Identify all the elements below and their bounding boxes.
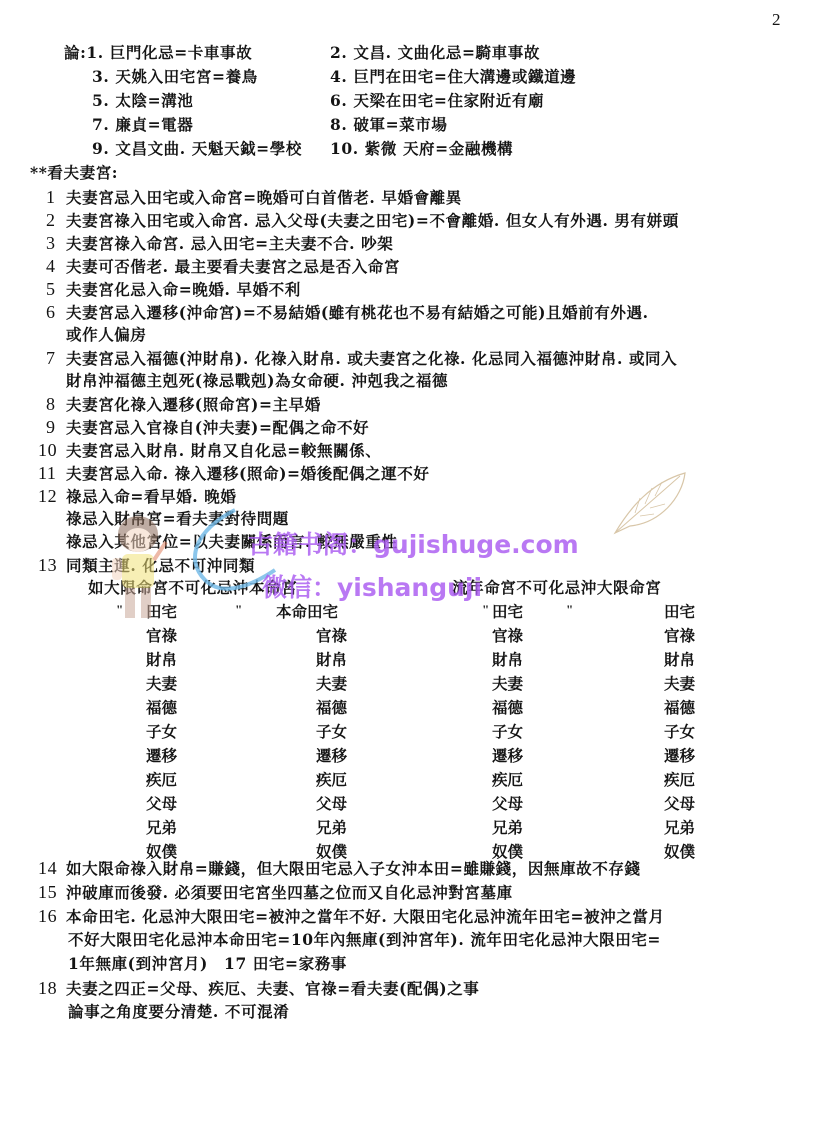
table-cell: 父母	[146, 794, 177, 814]
watermark-leaf-icon	[610, 468, 690, 538]
rule-16: 16本命田宅. 化忌沖大限田宅=被沖之當年不好. 大限田宅化忌沖流年田宅=被沖之…	[38, 906, 665, 927]
table-cell: 官祿	[492, 626, 523, 646]
table-cell: 遷移	[664, 746, 695, 766]
table-cell: 福德	[146, 698, 177, 718]
rule-15: 15沖破庫而後發. 必須要田宅宮坐四墓之位而又自化忌沖對宮墓庫	[38, 882, 513, 903]
table-cell: 財帛	[316, 650, 347, 670]
rule-text: 夫妻宮化祿入遷移(照命宮)=主早婚	[66, 395, 321, 414]
rule-1: 1夫妻宮忌入田宅或入命宮=晚婚可白首偕老. 早婚會離異	[46, 187, 462, 208]
table-cell: 官祿	[664, 626, 695, 646]
rule-text: 夫妻宮化忌入命=晚婚. 早婚不利	[66, 280, 301, 299]
table-cell: 遷移	[492, 746, 523, 766]
table-cell: 疾厄	[492, 770, 523, 790]
rule-number: 5	[46, 279, 66, 299]
rule-6: 6夫妻宮忌入遷移(沖命宮)=不易結婚(雖有桃花也不易有結婚之可能)且婚前有外遇.	[46, 302, 649, 323]
rule-number: 10	[38, 440, 66, 460]
rule-number: 6	[46, 302, 66, 322]
table-cell: 夫妻	[316, 674, 347, 694]
lun-row-1-right: 2. 文昌. 文曲化忌=騎車事故	[330, 43, 540, 63]
table-cell: 子女	[316, 722, 347, 742]
table-cell: 兄弟	[492, 818, 523, 838]
lun-prefix: 論:	[64, 43, 86, 62]
watermark-wechat-text: 微信：yishanguji	[262, 568, 482, 604]
watermark-girl-icon	[98, 512, 178, 622]
table-cell: 兄弟	[664, 818, 695, 838]
lun-item: 1. 巨門化忌=卡車事故	[86, 43, 252, 62]
rule-number: 9	[46, 417, 66, 437]
rule-number: 12	[38, 486, 66, 506]
rule-10: 10夫妻宮忌入財帛. 財帛又自化忌=較無關係、	[38, 440, 381, 461]
rule-4: 4夫妻可否偕老. 最主要看夫妻宮之忌是否入命宮	[46, 256, 400, 277]
table-cell: 福德	[316, 698, 347, 718]
rule-text: 夫妻宮忌入福德(沖財帛). 化祿入財帛. 或夫妻宮之化祿. 化忌同入福德沖財帛.…	[66, 349, 677, 368]
rule-16-cont-2: 1年無庫(到沖宮月) 17 田宅=家務事	[68, 954, 347, 974]
table-cell: 兄弟	[146, 818, 177, 838]
table-cell: 田宅	[492, 602, 523, 622]
rule-number: 3	[46, 233, 66, 253]
table-cell: 官祿	[146, 626, 177, 646]
table-cell: 子女	[146, 722, 177, 742]
table-cell: 福德	[664, 698, 695, 718]
lun-row-5-right: 10. 紫微 天府=金融機構	[330, 139, 513, 159]
watermark-site-text: 古籍书阁：gujishuge.com	[248, 525, 579, 561]
table-cell: 福德	[492, 698, 523, 718]
table-cell: 財帛	[146, 650, 177, 670]
page-number: 2	[772, 10, 781, 30]
table-cell: 兄弟	[316, 818, 347, 838]
rule-number: 13	[38, 555, 66, 575]
rule-number: 14	[38, 858, 66, 878]
table-cell: 財帛	[664, 650, 695, 670]
rule-text: 沖破庫而後發. 必須要田宅宮坐四墓之位而又自化忌沖對宮墓庫	[66, 883, 513, 902]
table-cell: 夫妻	[146, 674, 177, 694]
rule-text: 夫妻宮忌入命. 祿入遷移(照命)=婚後配偶之運不好	[66, 464, 429, 483]
rule-number: 8	[46, 394, 66, 414]
rule-2: 2夫妻宮祿入田宅或入命宮. 忌入父母(夫妻之田宅)=不會離婚. 但女人有外遇. …	[46, 210, 679, 231]
ditto-mark: "	[566, 602, 573, 618]
rule-text: 夫妻宮忌入遷移(沖命宮)=不易結婚(雖有桃花也不易有結婚之可能)且婚前有外遇.	[66, 303, 649, 322]
rule-number: 16	[38, 906, 66, 926]
rule-18-cont: 論事之角度要分清楚. 不可混淆	[68, 1002, 289, 1022]
rule-9: 9夫妻宮忌入官祿自(沖夫妻)=配偶之命不好	[46, 417, 369, 438]
rule-text: 夫妻之四正=父母、疾厄、夫妻、官祿=看夫妻(配偶)之事	[66, 979, 479, 998]
rule-text: 夫妻宮忌入田宅或入命宮=晚婚可白首偕老. 早婚會離異	[66, 188, 462, 207]
table-cell: 子女	[664, 722, 695, 742]
ditto-mark: "	[482, 602, 489, 618]
rule-16-cont-1: 不好大限田宅化忌沖本命田宅=10年內無庫(到沖宮年). 流年田宅化忌沖大限田宅=	[68, 930, 661, 950]
rule-14: 14如大限命祿入財帛=賺錢，但大限田宅忌入子女沖本田=雖賺錢，因無庫故不存錢	[38, 858, 641, 879]
lun-row-5-left: 9. 文昌文曲. 天魁天鉞=學校	[92, 139, 302, 159]
rule-5: 5夫妻宮化忌入命=晚婚. 早婚不利	[46, 279, 301, 300]
table-cell: 田宅	[664, 602, 695, 622]
lun-row-3-left: 5. 太陰=溝池	[92, 91, 193, 111]
table-cell: 財帛	[492, 650, 523, 670]
lun-row-1-left: 論:1. 巨門化忌=卡車事故	[64, 43, 252, 63]
rule-number: 18	[38, 978, 66, 998]
table-cell: 父母	[492, 794, 523, 814]
table-cell: 奴僕	[664, 842, 695, 862]
table-cell: 疾厄	[664, 770, 695, 790]
table-cell: 父母	[664, 794, 695, 814]
rule-number: 1	[46, 187, 66, 207]
table-cell: 疾厄	[146, 770, 177, 790]
lun-row-4-left: 7. 廉貞=電器	[92, 115, 193, 135]
rule-number: 15	[38, 882, 66, 902]
table-cell: 遷移	[316, 746, 347, 766]
rule-number: 2	[46, 210, 66, 230]
table-cell: 夫妻	[664, 674, 695, 694]
rule-8: 8夫妻宮化祿入遷移(照命宮)=主早婚	[46, 394, 321, 415]
rule-text: 夫妻宮忌入財帛. 財帛又自化忌=較無關係、	[66, 441, 381, 460]
rule-text: 夫妻宮祿入命宮. 忌入田宅=主夫妻不合. 吵架	[66, 234, 393, 253]
lun-row-4-right: 8. 破軍=菜市場	[330, 115, 447, 135]
spouse-palace-heading: **看夫妻宮:	[30, 163, 118, 183]
table-cell: 夫妻	[492, 674, 523, 694]
rule-3: 3夫妻宮祿入命宮. 忌入田宅=主夫妻不合. 吵架	[46, 233, 393, 254]
rule-11: 11夫妻宮忌入命. 祿入遷移(照命)=婚後配偶之運不好	[38, 463, 429, 484]
rule-text: 如大限命祿入財帛=賺錢，但大限田宅忌入子女沖本田=雖賺錢，因無庫故不存錢	[66, 859, 641, 878]
rule-text: 夫妻宮忌入官祿自(沖夫妻)=配偶之命不好	[66, 418, 369, 437]
comparison-right-title: 流年命宮不可化忌沖大限命宮	[452, 578, 661, 598]
rule-number: 4	[46, 256, 66, 276]
lun-row-2-left: 3. 天姚入田宅宮=養鳥	[92, 67, 258, 87]
rule-7: 7夫妻宮忌入福德(沖財帛). 化祿入財帛. 或夫妻宮之化祿. 化忌同入福德沖財帛…	[46, 348, 677, 369]
rule-6-cont: 或作人偏房	[66, 325, 147, 345]
rule-text: 夫妻可否偕老. 最主要看夫妻宮之忌是否入命宮	[66, 257, 400, 276]
lun-row-3-right: 6. 天梁在田宅=住家附近有廟	[330, 91, 544, 111]
table-cell: 子女	[492, 722, 523, 742]
rule-number: 11	[38, 463, 66, 483]
table-cell: 遷移	[146, 746, 177, 766]
rule-18: 18夫妻之四正=父母、疾厄、夫妻、官祿=看夫妻(配偶)之事	[38, 978, 479, 999]
table-cell: 官祿	[316, 626, 347, 646]
rule-text: 夫妻宮祿入田宅或入命宮. 忌入父母(夫妻之田宅)=不會離婚. 但女人有外遇. 男…	[66, 211, 679, 230]
rule-number: 7	[46, 348, 66, 368]
rule-7-cont: 財帛沖福德主剋死(祿忌戰剋)為女命硬. 沖剋我之福德	[66, 371, 448, 391]
table-cell: 疾厄	[316, 770, 347, 790]
rule-text: 本命田宅. 化忌沖大限田宅=被沖之當年不好. 大限田宅化忌沖流年田宅=被沖之當月	[66, 907, 665, 926]
lun-row-2-right: 4. 巨門在田宅=住大溝邊或鐵道邊	[330, 67, 576, 87]
table-cell: 父母	[316, 794, 347, 814]
